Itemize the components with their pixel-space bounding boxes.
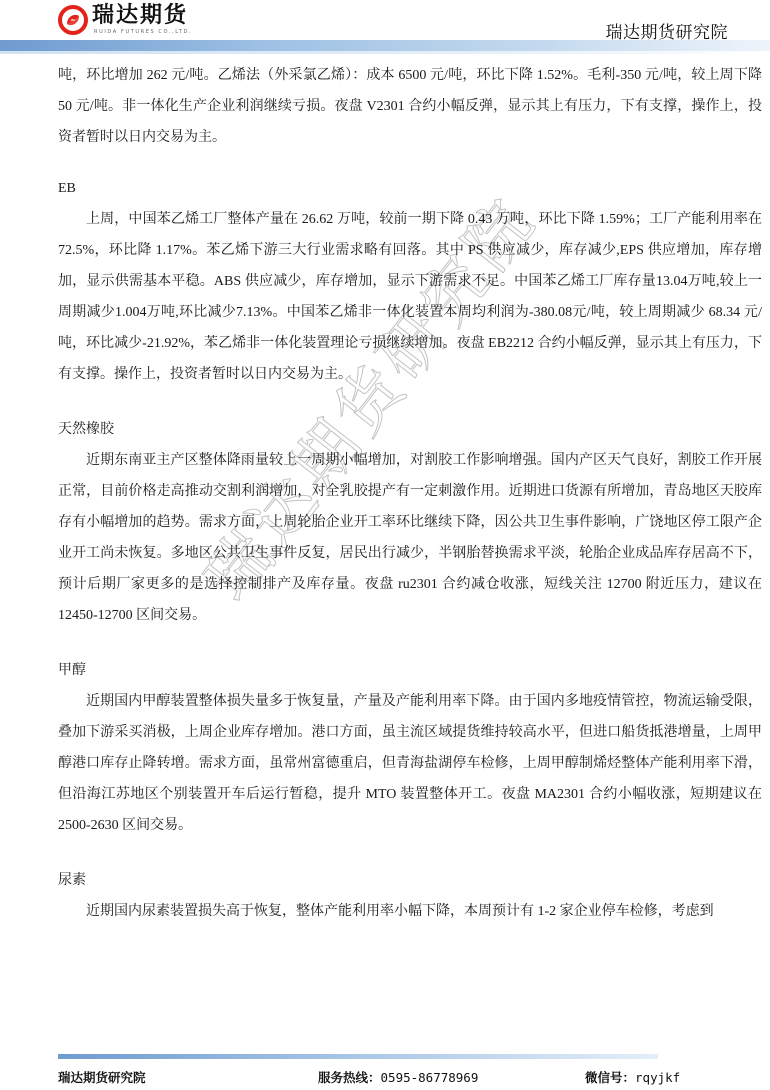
section-heading-eb: EB [58, 173, 762, 204]
header-gradient-bar [0, 40, 770, 51]
header-divider [0, 51, 770, 54]
ruida-logo-icon [58, 5, 88, 35]
rubber-paragraph: 近期东南亚主产区整体降雨量较上一周期小幅增加，对割胶工作影响增强。国内产区天气良… [58, 445, 762, 631]
footer-org: 瑞达期货研究院 [58, 1068, 146, 1086]
page-footer: 瑞达期货研究院 服务热线：0595-86778969 微信号：rqyjkf [58, 1068, 738, 1088]
hotline-label: 服务热线： [318, 1070, 381, 1085]
footer-hotline: 服务热线：0595-86778969 [318, 1068, 478, 1086]
eb-paragraph: 上周，中国苯乙烯工厂整体产量在 26.62 万吨，较前一期下降 0.43 万吨，… [58, 204, 762, 390]
company-logo: 瑞达期货 RUIDA FUTURES CO.,LTD. [58, 3, 192, 41]
methanol-paragraph: 近期国内甲醇装置整体损失量多于恢复量，产量及产能利用率下降。由于国内多地疫情管控… [58, 686, 762, 841]
footer-gradient-bar [58, 1054, 658, 1059]
section-heading-urea: 尿素 [58, 865, 762, 896]
page-header: 瑞达期货 RUIDA FUTURES CO.,LTD. 瑞达期货研究院 [0, 0, 770, 56]
footer-wechat: 微信号：rqyjkf [585, 1068, 680, 1086]
wechat-label: 微信号： [585, 1070, 635, 1085]
logo-en-text: RUIDA FUTURES CO.,LTD. [94, 29, 192, 36]
logo-cn-text: 瑞达期货 [92, 3, 192, 29]
section-heading-methanol: 甲醇 [58, 655, 762, 686]
urea-paragraph: 近期国内尿素装置损失高于恢复，整体产能利用率小幅下降，本周预计有 1-2 家企业… [58, 896, 762, 927]
section-heading-rubber: 天然橡胶 [58, 414, 762, 445]
hotline-number: 0595-86778969 [381, 1070, 479, 1085]
report-body: 吨，环比增加 262 元/吨。乙烯法（外采氯乙烯）：成本 6500 元/吨，环比… [58, 60, 762, 927]
wechat-id: rqyjkf [635, 1070, 680, 1085]
pvc-paragraph: 吨，环比增加 262 元/吨。乙烯法（外采氯乙烯）：成本 6500 元/吨，环比… [58, 60, 762, 153]
